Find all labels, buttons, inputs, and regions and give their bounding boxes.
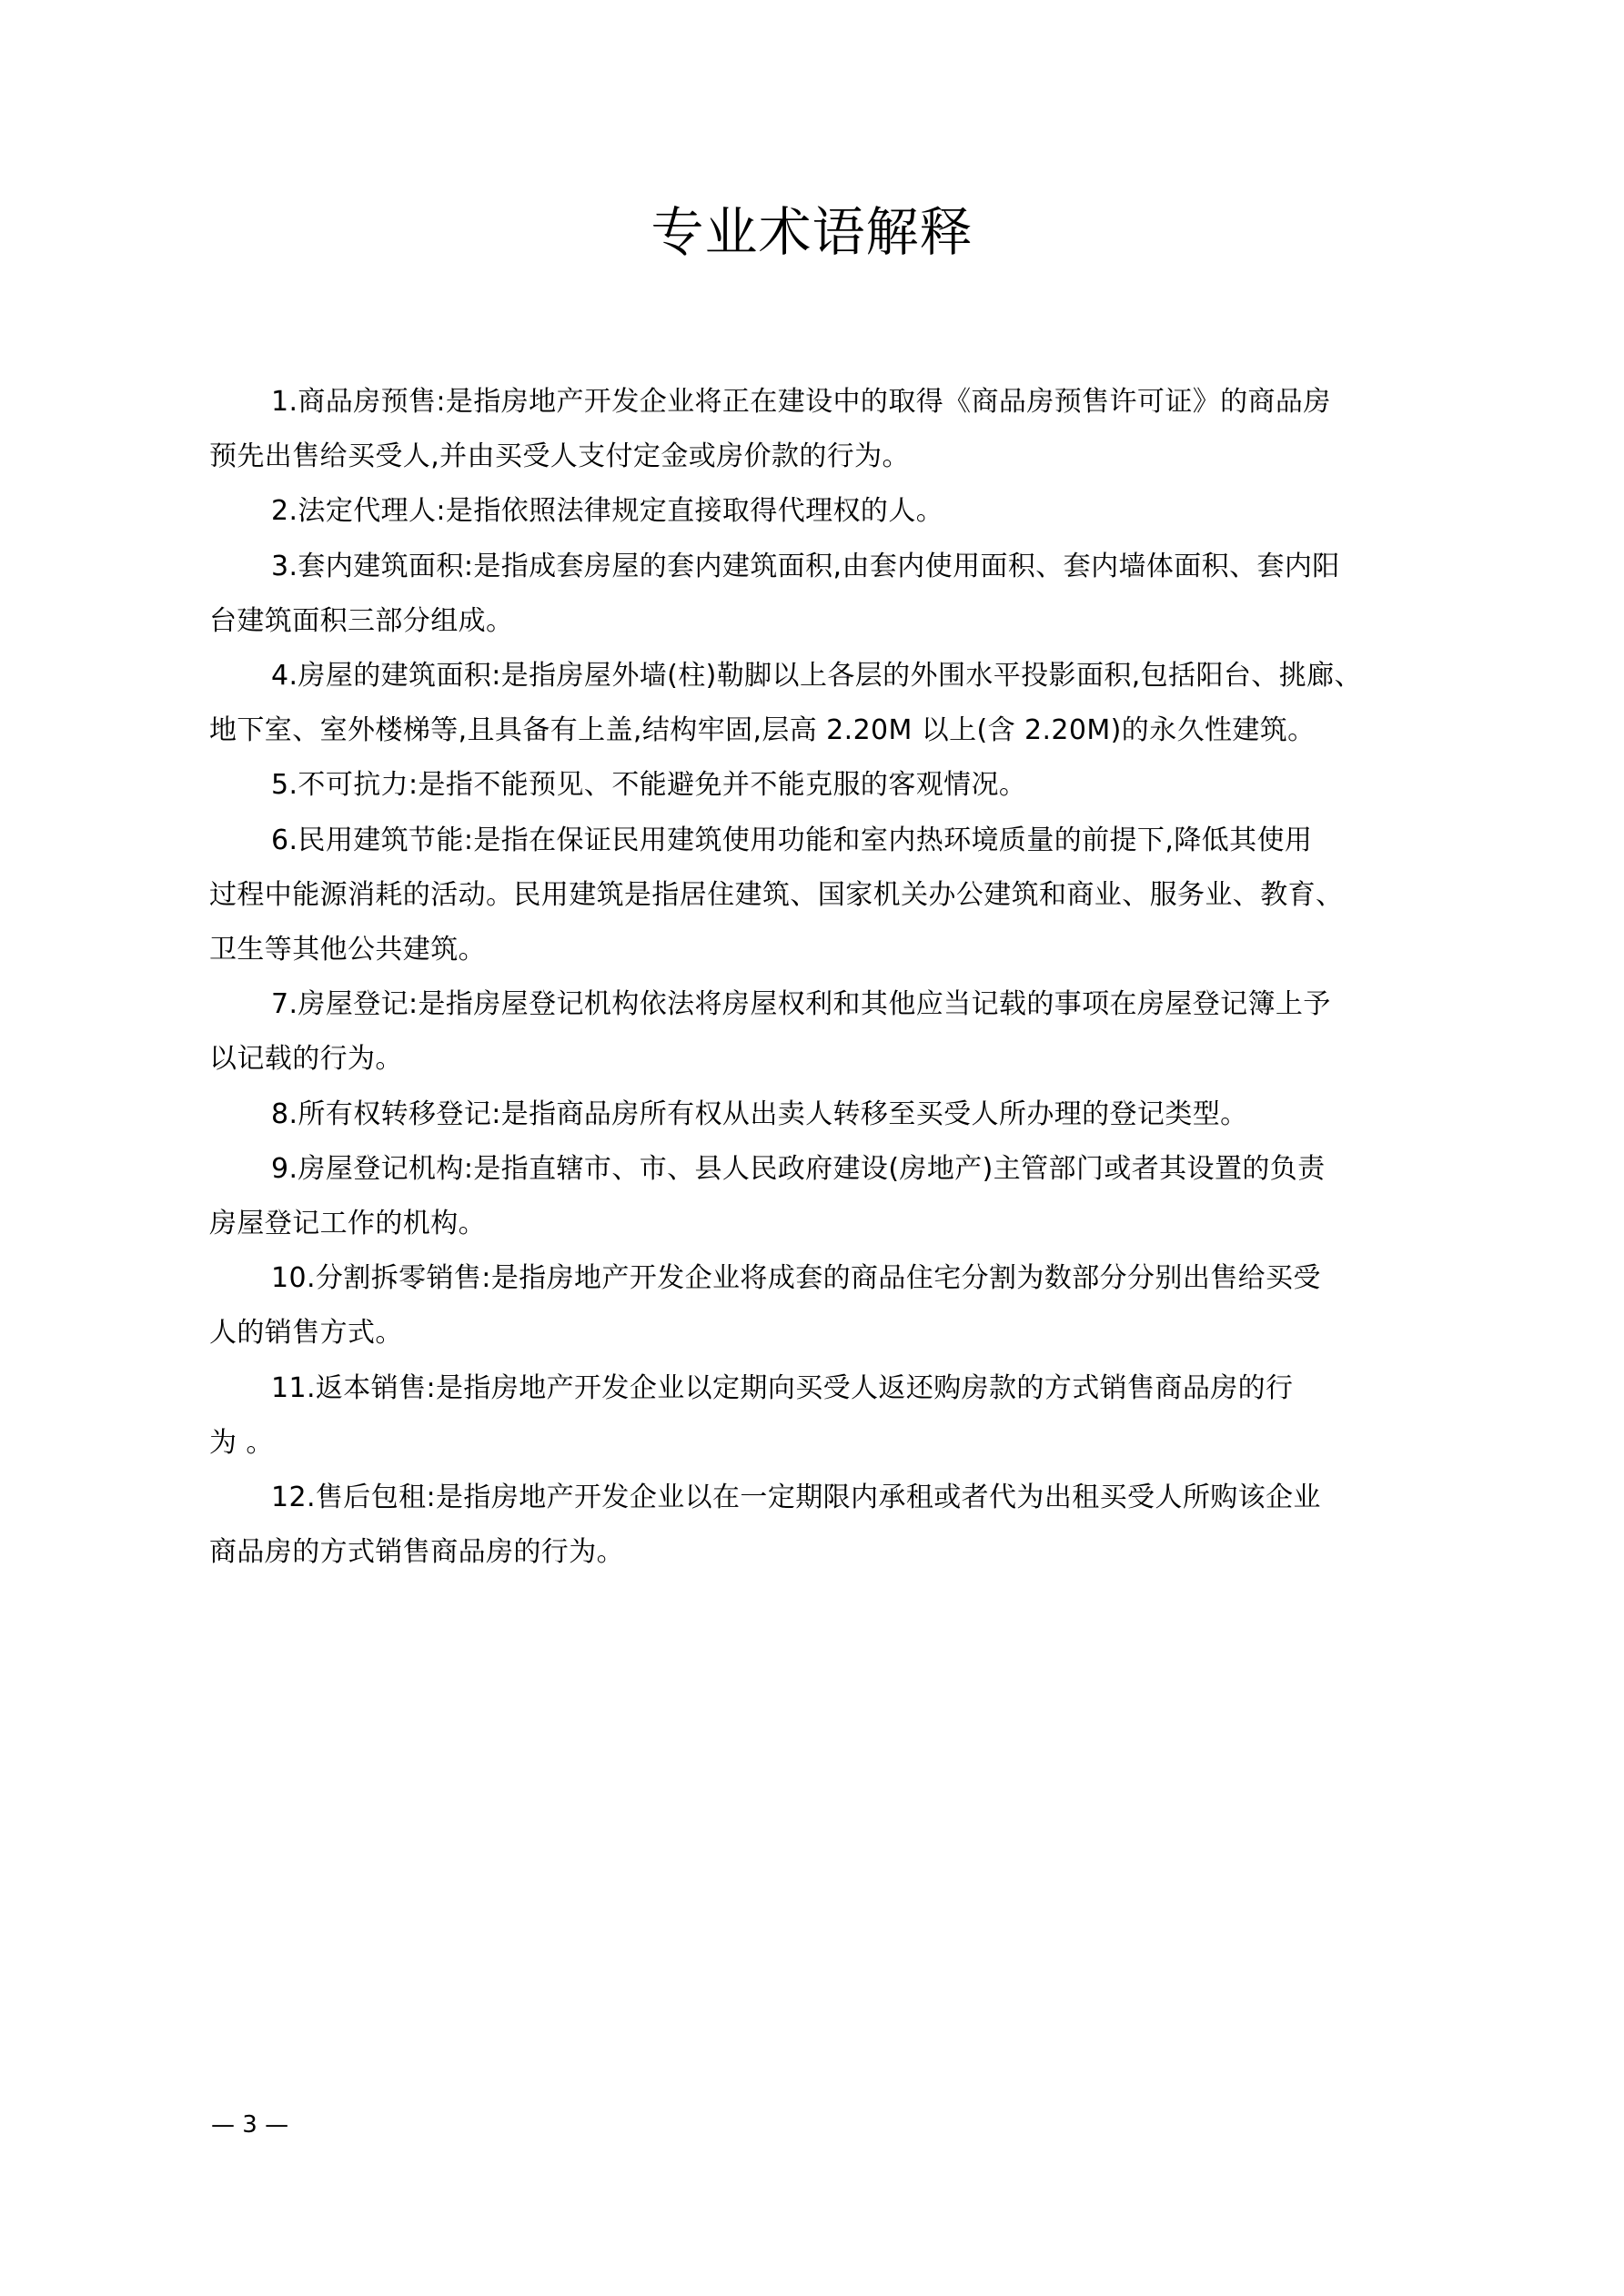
term-item-12: 12.售后包租:是指房地产开发企业以在一定期限内承租或者代为出租买受人所购该企业… (209, 1471, 1424, 1580)
term-item-4: 4.房屋的建筑面积:是指房屋外墙(柱)勒脚以上各层的外围水平投影面积,包括阳台、… (209, 649, 1424, 758)
term-item-10: 10.分割拆零销售:是指房地产开发企业将成套的商品住宅分割为数部分分别出售给买受… (209, 1251, 1424, 1360)
term-line: 商品房的方式销售商品房的行为。 (209, 1525, 1424, 1580)
term-item-11: 11.返本销售:是指房地产开发企业以定期向买受人返还购房款的方式销售商品房的行 … (209, 1361, 1424, 1471)
term-line: 卫生等其他公共建筑。 (209, 923, 1424, 977)
term-item-8: 8.所有权转移登记:是指商品房所有权从出卖人转移至买受人所办理的登记类型。 (209, 1087, 1424, 1142)
term-line: 台建筑面积三部分组成。 (209, 594, 1424, 649)
term-line: 7.房屋登记:是指房屋登记机构依法将房屋权利和其他应当记载的事项在房屋登记簿上予 (209, 977, 1424, 1032)
page-number: — 3 — (211, 2109, 288, 2140)
term-line: 6.民用建筑节能:是指在保证民用建筑使用功能和室内热环境质量的前提下,降低其使用 (209, 814, 1424, 868)
term-item-9: 9.房屋登记机构:是指直辖市、市、县人民政府建设(房地产)主管部门或者其设置的负… (209, 1142, 1424, 1251)
term-item-5: 5.不可抗力:是指不能预见、不能避免并不能克服的客观情况。 (209, 758, 1424, 813)
term-line: 8.所有权转移登记:是指商品房所有权从出卖人转移至买受人所办理的登记类型。 (209, 1087, 1424, 1142)
term-item-1: 1.商品房预售:是指房地产开发企业将正在建设中的取得《商品房预售许可证》的商品房… (209, 375, 1424, 484)
term-line: 10.分割拆零销售:是指房地产开发企业将成套的商品住宅分割为数部分分别出售给买受 (209, 1251, 1424, 1306)
term-line: 12.售后包租:是指房地产开发企业以在一定期限内承租或者代为出租买受人所购该企业 (209, 1471, 1424, 1525)
term-line: 预先出售给买受人,并由买受人支付定金或房价款的行为。 (209, 430, 1424, 484)
term-line: 人的销售方式。 (209, 1306, 1424, 1360)
term-item-2: 2.法定代理人:是指依照法律规定直接取得代理权的人。 (209, 484, 1424, 539)
term-item-6: 6.民用建筑节能:是指在保证民用建筑使用功能和室内热环境质量的前提下,降低其使用… (209, 814, 1424, 978)
term-item-3: 3.套内建筑面积:是指成套房屋的套内建筑面积,由套内使用面积、套内墙体面积、套内… (209, 540, 1424, 649)
term-line: 2.法定代理人:是指依照法律规定直接取得代理权的人。 (209, 484, 1424, 539)
terms-list: 1.商品房预售:是指房地产开发企业将正在建设中的取得《商品房预售许可证》的商品房… (209, 375, 1424, 1580)
term-line: 地下室、室外楼梯等,且具备有上盖,结构牢固,层高 2.20M 以上(含 2.20… (209, 703, 1424, 758)
term-line: 过程中能源消耗的活动。民用建筑是指居住建筑、国家机关办公建筑和商业、服务业、教育… (209, 868, 1424, 923)
term-line: 1.商品房预售:是指房地产开发企业将正在建设中的取得《商品房预售许可证》的商品房 (209, 375, 1424, 430)
term-line: 11.返本销售:是指房地产开发企业以定期向买受人返还购房款的方式销售商品房的行 (209, 1361, 1424, 1416)
term-line: 4.房屋的建筑面积:是指房屋外墙(柱)勒脚以上各层的外围水平投影面积,包括阳台、… (209, 649, 1424, 703)
term-line: 5.不可抗力:是指不能预见、不能避免并不能克服的客观情况。 (209, 758, 1424, 813)
term-line: 以记载的行为。 (209, 1032, 1424, 1087)
term-line: 房屋登记工作的机构。 (209, 1197, 1424, 1251)
term-line: 9.房屋登记机构:是指直辖市、市、县人民政府建设(房地产)主管部门或者其设置的负… (209, 1142, 1424, 1197)
page-title: 专业术语解释 (0, 198, 1624, 266)
term-item-7: 7.房屋登记:是指房屋登记机构依法将房屋权利和其他应当记载的事项在房屋登记簿上予… (209, 977, 1424, 1087)
term-line: 3.套内建筑面积:是指成套房屋的套内建筑面积,由套内使用面积、套内墙体面积、套内… (209, 540, 1424, 594)
term-line: 为 。 (209, 1416, 1424, 1471)
